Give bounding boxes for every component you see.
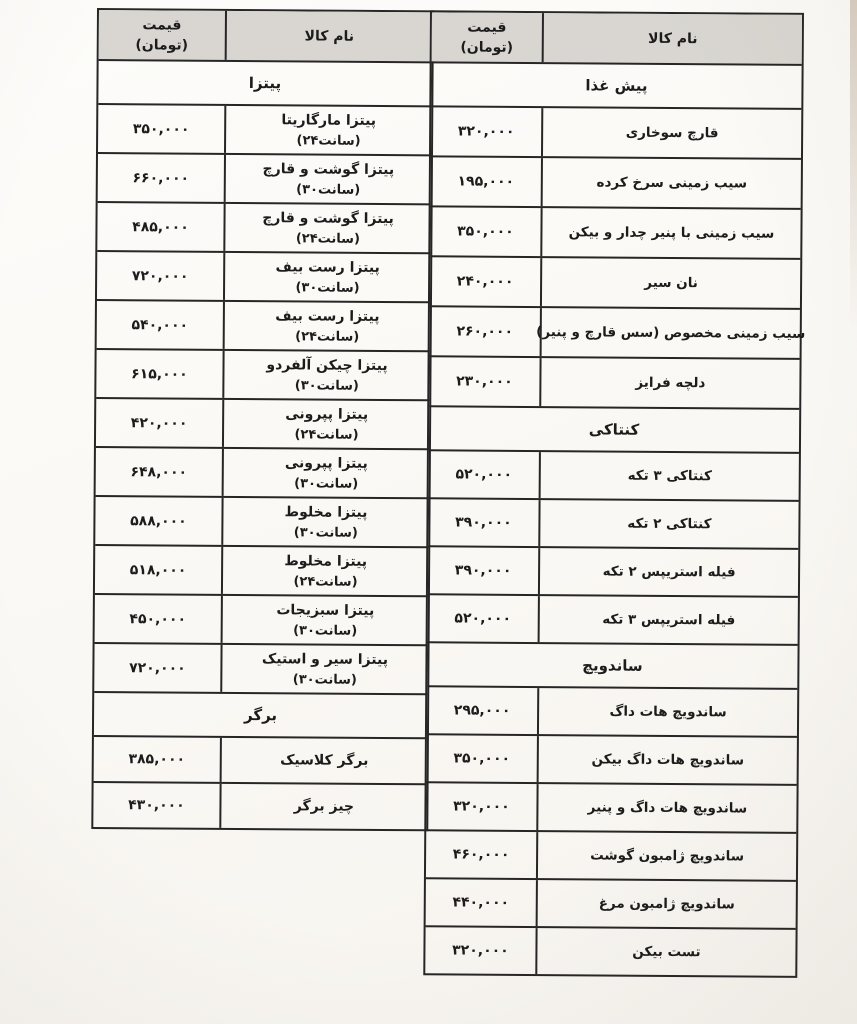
item-price: ۳۵۰,۰۰۰ xyxy=(457,223,514,239)
name-cell: نان سیر xyxy=(540,258,800,308)
name-cell: فیله استریپس ۳ تکه xyxy=(538,596,798,644)
item-name: چیز برگر xyxy=(294,796,354,817)
item-name: پیتزا گوشت و قارچ xyxy=(263,159,395,181)
price-header-label: قیمت xyxy=(142,15,181,35)
item-name: پیتزا گوشت و قارچ xyxy=(262,208,394,230)
item-size: (۲۴سانت) xyxy=(294,425,358,444)
price-cell: ۵۱۸,۰۰۰ xyxy=(95,546,221,594)
menu-row: ۳۲۰,۰۰۰ قارچ سوخاری xyxy=(431,105,801,158)
price-cell: ۴۲۰,۰۰۰ xyxy=(96,399,222,447)
menu-row: ۷۲۰,۰۰۰ پیتزا رست بیف (۳۰سانت) xyxy=(97,250,430,301)
name-cell: پیتزا رست بیف (۲۴سانت) xyxy=(223,302,430,350)
item-name: ساندویچ هات داگ xyxy=(609,701,726,723)
item-price: ۴۸۵,۰۰۰ xyxy=(132,219,189,235)
section-title: ساندویچ xyxy=(582,656,643,674)
item-size: (۳۰سانت) xyxy=(293,670,357,689)
item-price: ۳۲۰,۰۰۰ xyxy=(458,124,515,140)
name-cell: دلچه فرایز xyxy=(539,358,799,408)
item-price: ۲۴۰,۰۰۰ xyxy=(457,273,514,289)
item-name: پیتزا سیر و استیک xyxy=(262,649,388,671)
name-cell: پیتزا سبزیجات (۳۰سانت) xyxy=(221,596,428,644)
section-header-appetizer: پیش غذا xyxy=(431,61,801,108)
item-name: پیتزا رست بیف xyxy=(276,257,380,279)
item-name: پیتزا مخلوط xyxy=(284,502,367,524)
item-price: ۵۲۰,۰۰۰ xyxy=(454,610,511,626)
item-size: (۳۰سانت) xyxy=(295,376,359,395)
section-title-cell: برگر xyxy=(94,693,427,737)
price-cell: ۲۶۰,۰۰۰ xyxy=(430,307,540,356)
name-cell: پیتزا چیکن آلفردو (۳۰سانت) xyxy=(222,351,429,399)
price-cell: ۴۳۰,۰۰۰ xyxy=(93,783,219,828)
menu-row: ۱۹۵,۰۰۰ سیب زمینی سرخ کرده xyxy=(431,155,801,208)
menu-row: ۲۶۰,۰۰۰ سیب زمینی مخصوص (سس قارچ و پنیر) xyxy=(430,305,800,358)
name-header-label: نام کالا xyxy=(305,26,355,46)
price-cell: ۳۹۰,۰۰۰ xyxy=(428,499,538,546)
price-unit-label: (تومان) xyxy=(135,35,188,55)
price-cell: ۵۴۰,۰۰۰ xyxy=(97,301,223,349)
price-cell: ۴۴۰,۰۰۰ xyxy=(426,879,536,926)
item-price: ۲۹۵,۰۰۰ xyxy=(454,702,511,718)
item-name: ساندویچ ژامبون مرغ xyxy=(599,893,735,915)
menu-row: ۵۲۰,۰۰۰ فیله استریپس ۳ تکه xyxy=(428,593,798,644)
name-cell: برگر کلاسیک xyxy=(220,738,427,783)
item-name: سیب زمینی مخصوص (سس قارچ و پنیر) xyxy=(536,322,805,345)
price-cell: ۵۲۰,۰۰۰ xyxy=(428,595,538,642)
item-price: ۴۵۰,۰۰۰ xyxy=(129,611,186,627)
menu-row: ۳۲۰,۰۰۰ ساندویچ هات داگ و پنیر xyxy=(426,781,796,832)
item-price: ۳۸۵,۰۰۰ xyxy=(128,751,185,767)
price-cell: ۷۲۰,۰۰۰ xyxy=(97,252,223,300)
item-size: (۳۰سانت) xyxy=(294,474,358,493)
section-title: کنتاکی xyxy=(589,420,640,438)
name-cell: پیتزا مارگاریتا (۲۴سانت) xyxy=(224,106,431,154)
item-price: ۴۳۰,۰۰۰ xyxy=(128,797,185,813)
section-header-sandwich: ساندویچ xyxy=(427,641,797,688)
menu-row: ۲۹۵,۰۰۰ ساندویچ هات داگ xyxy=(427,685,797,736)
item-size: (۳۰سانت) xyxy=(294,523,358,542)
item-name: تست بیکن xyxy=(632,941,701,962)
item-price: ۳۵۰,۰۰۰ xyxy=(133,121,190,137)
menu-row: ۴۵۰,۰۰۰ پیتزا سبزیجات (۳۰سانت) xyxy=(95,593,428,644)
price-cell: ۴۵۰,۰۰۰ xyxy=(95,595,221,643)
section-header-kentucky: کنتاکی xyxy=(429,405,799,452)
name-cell: ساندویچ هات داگ xyxy=(537,688,797,736)
name-cell: کنتاکی ۳ تکه xyxy=(539,452,799,500)
price-cell: ۷۲۰,۰۰۰ xyxy=(94,644,220,692)
price-cell: ۳۵۰,۰۰۰ xyxy=(427,735,537,782)
price-cell: ۳۲۰,۰۰۰ xyxy=(426,783,536,830)
menu-row: ۳۹۰,۰۰۰ فیله استریپس ۲ تکه xyxy=(428,545,798,596)
item-name: ساندویچ هات داگ و پنیر xyxy=(588,797,748,819)
menu-row: ۷۲۰,۰۰۰ پیتزا سیر و استیک (۳۰سانت) xyxy=(94,642,427,693)
price-cell: ۶۱۵,۰۰۰ xyxy=(96,350,222,398)
item-name: فیله استریپس ۳ تکه xyxy=(602,609,735,631)
item-name: پیتزا پپرونی xyxy=(285,453,368,475)
price-header-cell: قیمت (تومان) xyxy=(99,10,225,60)
menu-row: ۲۴۰,۰۰۰ نان سیر xyxy=(430,255,800,308)
item-size: (۲۴سانت) xyxy=(295,327,359,346)
name-cell: قارچ سوخاری xyxy=(541,108,801,158)
section-title-cell: ساندویچ xyxy=(427,643,797,688)
item-price: ۱۹۵,۰۰۰ xyxy=(457,174,514,190)
item-price: ۶۴۸,۰۰۰ xyxy=(130,464,187,480)
menu-row: ۴۲۰,۰۰۰ پیتزا پپرونی (۲۴سانت) xyxy=(96,397,429,448)
price-cell: ۱۹۵,۰۰۰ xyxy=(431,157,541,206)
item-name: کنتاکی ۲ تکه xyxy=(627,513,711,535)
menu-row: ۳۸۵,۰۰۰ برگر کلاسیک xyxy=(94,735,427,783)
name-cell: پیتزا رست بیف (۳۰سانت) xyxy=(223,253,430,301)
menu-row: ۳۵۰,۰۰۰ سیب زمینی با پنیر چدار و بیکن xyxy=(430,205,800,258)
item-size: (۳۰سانت) xyxy=(295,278,359,297)
menu-row: ۴۳۰,۰۰۰ چیز برگر xyxy=(93,781,426,829)
name-header-cell: نام کالا xyxy=(542,13,802,64)
name-cell: سیب زمینی با پنیر چدار و بیکن xyxy=(540,208,800,258)
menu-sheet: قیمت (تومان) نام کالا پیتزا ۳۵۰,۰۰۰ پیتز… xyxy=(0,0,857,1024)
item-size: (۳۰سانت) xyxy=(296,180,360,199)
item-name: پیتزا مخلوط xyxy=(284,551,367,573)
price-cell: ۳۲۰,۰۰۰ xyxy=(431,107,541,156)
price-cell: ۵۸۸,۰۰۰ xyxy=(95,497,221,545)
item-price: ۷۲۰,۰۰۰ xyxy=(132,268,189,284)
table-header-row: قیمت (تومان) نام کالا xyxy=(432,12,802,64)
name-cell: ساندویچ ژامبون گوشت xyxy=(536,832,796,880)
menu-row: ۲۳۰,۰۰۰ دلچه فرایز xyxy=(429,355,799,408)
name-cell: پیتزا پپرونی (۳۰سانت) xyxy=(222,449,429,497)
name-cell: پیتزا گوشت و قارچ (۳۰سانت) xyxy=(224,155,431,203)
item-price: ۳۵۰,۰۰۰ xyxy=(453,750,510,766)
price-cell: ۳۸۵,۰۰۰ xyxy=(94,737,220,782)
price-cell: ۵۲۰,۰۰۰ xyxy=(429,451,539,498)
name-cell: ساندویچ ژامبون مرغ xyxy=(536,880,796,928)
item-name: ساندویچ هات داگ بیکن xyxy=(591,749,744,771)
menu-row: ۶۶۰,۰۰۰ پیتزا گوشت و قارچ (۳۰سانت) xyxy=(98,152,431,203)
section-title: برگر xyxy=(244,706,277,724)
photo-tilt-wrapper: قیمت (تومان) نام کالا پیتزا ۳۵۰,۰۰۰ پیتز… xyxy=(0,0,857,1024)
item-name: دلچه فرایز xyxy=(635,372,705,393)
paper-edge-shadow xyxy=(850,0,857,330)
item-name: برگر کلاسیک xyxy=(280,750,368,772)
section-title-cell: کنتاکی xyxy=(429,407,799,452)
price-cell: ۲۹۵,۰۰۰ xyxy=(427,687,537,734)
name-cell: پیتزا گوشت و قارچ (۲۴سانت) xyxy=(223,204,430,252)
name-cell: پیتزا مخلوط (۳۰سانت) xyxy=(221,498,428,546)
name-cell: چیز برگر xyxy=(219,784,426,829)
item-price: ۲۶۰,۰۰۰ xyxy=(456,323,513,339)
price-cell: ۶۶۰,۰۰۰ xyxy=(98,154,224,202)
pizza-burger-table: قیمت (تومان) نام کالا پیتزا ۳۵۰,۰۰۰ پیتز… xyxy=(91,8,434,831)
item-price: ۷۲۰,۰۰۰ xyxy=(129,660,186,676)
menu-row: ۳۲۰,۰۰۰ تست بیکن xyxy=(425,925,795,976)
item-size: (۳۰سانت) xyxy=(293,621,357,640)
item-price: ۳۲۰,۰۰۰ xyxy=(453,798,510,814)
price-header-cell: قیمت (تومان) xyxy=(432,12,542,62)
item-price: ۴۲۰,۰۰۰ xyxy=(131,415,188,431)
price-cell: ۳۲۰,۰۰۰ xyxy=(425,927,535,974)
item-price: ۶۶۰,۰۰۰ xyxy=(132,170,189,186)
name-cell: پیتزا مخلوط (۲۴سانت) xyxy=(221,547,428,595)
name-header-cell: نام کالا xyxy=(225,11,432,61)
menu-row: ۴۸۵,۰۰۰ پیتزا گوشت و قارچ (۲۴سانت) xyxy=(97,201,430,252)
item-size: (۲۴سانت) xyxy=(293,572,357,591)
menu-row: ۴۴۰,۰۰۰ ساندویچ ژامبون مرغ xyxy=(426,877,796,928)
name-cell: سیب زمینی مخصوص (سس قارچ و پنیر) xyxy=(540,308,800,358)
menu-row: ۴۶۰,۰۰۰ ساندویچ ژامبون گوشت xyxy=(426,829,796,880)
item-name: پیتزا رست بیف xyxy=(275,306,379,328)
name-cell: سیب زمینی سرخ کرده xyxy=(541,158,801,208)
name-cell: فیله استریپس ۲ تکه xyxy=(538,548,798,596)
name-cell: ساندویچ هات داگ و پنیر xyxy=(536,784,796,832)
item-name: سیب زمینی سرخ کرده xyxy=(596,172,747,194)
menu-row: ۵۲۰,۰۰۰ کنتاکی ۳ تکه xyxy=(429,449,799,500)
item-name: فیله استریپس ۲ تکه xyxy=(603,561,736,583)
item-price: ۵۴۰,۰۰۰ xyxy=(131,317,188,333)
item-name: قارچ سوخاری xyxy=(626,122,719,144)
price-cell: ۲۳۰,۰۰۰ xyxy=(429,357,539,406)
price-header-label: قیمت xyxy=(467,17,506,37)
item-name: سیب زمینی با پنیر چدار و بیکن xyxy=(569,222,775,244)
item-price: ۲۳۰,۰۰۰ xyxy=(456,373,513,389)
name-cell: پیتزا پپرونی (۲۴سانت) xyxy=(222,400,429,448)
menu-row: ۳۹۰,۰۰۰ کنتاکی ۲ تکه xyxy=(428,497,798,548)
price-cell: ۲۴۰,۰۰۰ xyxy=(430,257,540,306)
table-header-row: قیمت (تومان) نام کالا xyxy=(99,10,432,61)
name-cell: کنتاکی ۲ تکه xyxy=(538,500,798,548)
section-title: پیتزا xyxy=(249,74,281,92)
price-unit-label: (تومان) xyxy=(460,37,513,57)
name-cell: تست بیکن xyxy=(535,928,795,976)
name-cell: ساندویچ هات داگ بیکن xyxy=(537,736,797,784)
price-cell: ۴۶۰,۰۰۰ xyxy=(426,831,536,878)
item-name: پیتزا سبزیجات xyxy=(276,600,374,622)
menu-row: ۵۴۰,۰۰۰ پیتزا رست بیف (۲۴سانت) xyxy=(97,299,430,350)
section-title-cell: پیش غذا xyxy=(431,63,801,108)
item-price: ۵۱۸,۰۰۰ xyxy=(130,562,187,578)
item-price: ۴۴۰,۰۰۰ xyxy=(452,894,509,910)
item-name: پیتزا چیکن آلفردو xyxy=(266,355,387,377)
menu-row: ۳۵۰,۰۰۰ ساندویچ هات داگ بیکن xyxy=(427,733,797,784)
item-name: نان سیر xyxy=(644,272,698,293)
menu-row: ۶۱۵,۰۰۰ پیتزا چیکن آلفردو (۳۰سانت) xyxy=(96,348,429,399)
menu-row: ۳۵۰,۰۰۰ پیتزا مارگاریتا (۲۴سانت) xyxy=(98,103,431,154)
item-price: ۳۹۰,۰۰۰ xyxy=(455,514,512,530)
item-price: ۳۲۰,۰۰۰ xyxy=(452,942,509,958)
menu-row: ۵۸۸,۰۰۰ پیتزا مخلوط (۳۰سانت) xyxy=(95,495,428,546)
price-cell: ۳۵۰,۰۰۰ xyxy=(430,207,540,256)
item-name: ساندویچ ژامبون گوشت xyxy=(590,845,744,867)
appetizer-sandwich-table: قیمت (تومان) نام کالا پیش غذا ۳۲۰,۰۰۰ قا… xyxy=(423,10,804,978)
name-header-label: نام کالا xyxy=(648,28,698,48)
menu-row: ۵۱۸,۰۰۰ پیتزا مخلوط (۲۴سانت) xyxy=(95,544,428,595)
section-header-pizza: پیتزا xyxy=(98,59,431,105)
item-size: (۲۴سانت) xyxy=(296,229,360,248)
item-name: کنتاکی ۳ تکه xyxy=(628,465,712,487)
price-cell: ۴۸۵,۰۰۰ xyxy=(97,203,223,251)
section-header-burger: برگر xyxy=(94,691,427,737)
price-cell: ۶۴۸,۰۰۰ xyxy=(96,448,222,496)
price-cell: ۳۹۰,۰۰۰ xyxy=(428,547,538,594)
item-price: ۳۹۰,۰۰۰ xyxy=(455,562,512,578)
name-cell: پیتزا سیر و استیک (۳۰سانت) xyxy=(220,645,427,693)
item-name: پیتزا مارگاریتا xyxy=(281,110,376,132)
item-size: (۲۴سانت) xyxy=(296,131,360,150)
item-price: ۴۶۰,۰۰۰ xyxy=(453,846,510,862)
menu-row: ۶۴۸,۰۰۰ پیتزا پپرونی (۳۰سانت) xyxy=(96,446,429,497)
section-title: پیش غذا xyxy=(585,76,647,94)
section-title-cell: پیتزا xyxy=(98,61,431,105)
item-price: ۵۸۸,۰۰۰ xyxy=(130,513,187,529)
price-cell: ۳۵۰,۰۰۰ xyxy=(98,105,224,153)
item-price: ۵۲۰,۰۰۰ xyxy=(455,466,512,482)
item-price: ۶۱۵,۰۰۰ xyxy=(131,366,188,382)
item-name: پیتزا پپرونی xyxy=(285,404,368,426)
